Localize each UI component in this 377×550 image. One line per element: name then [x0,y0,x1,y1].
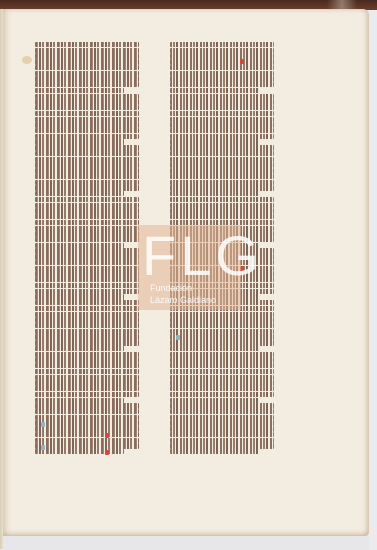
text-line [170,139,259,144]
text-line [35,329,139,334]
text-line [35,71,139,76]
text-line [35,214,139,219]
text-line [35,300,139,305]
text-line [35,231,139,236]
text-line [35,271,139,276]
text-line [35,208,139,213]
text-line [170,392,274,397]
text-line [170,398,259,403]
text-line [35,65,139,70]
text-line [170,317,274,322]
text-line [35,317,139,322]
text-line [170,329,274,334]
text-line [170,111,274,116]
text-line [170,65,274,70]
text-line [35,363,139,368]
text-line [35,323,139,328]
text-line [170,162,274,167]
text-line [35,409,139,414]
text-line [170,105,274,110]
text-line [35,289,139,294]
text-line [170,386,274,391]
text-line [170,443,274,448]
text-line [35,334,139,339]
text-line [35,145,139,150]
text-line [170,151,274,156]
text-line [35,357,139,362]
text-line [170,352,274,357]
text-line [170,357,274,362]
text-line [170,53,274,58]
text-line [170,409,274,414]
text-line [170,59,274,64]
text-line [35,88,124,93]
text-line [35,105,139,110]
text-line [35,306,139,311]
text-line [35,277,139,282]
text-line [170,88,259,93]
text-line [35,420,139,425]
text-line [170,438,274,443]
text-line [170,449,259,454]
text-line [170,191,259,196]
rubric-mark-blue [41,422,45,427]
text-line [35,243,124,248]
text-line [170,420,274,425]
text-line [170,432,274,437]
text-line [170,71,274,76]
text-line [170,363,274,368]
text-line [35,42,139,47]
text-line [170,403,274,408]
text-line [35,449,124,454]
text-line [170,380,274,385]
text-line [35,415,139,420]
text-line [35,432,139,437]
text-line [170,134,274,139]
text-line [170,76,274,81]
text-line [35,53,139,58]
text-line [35,260,139,265]
text-line [35,283,139,288]
text-line [35,76,139,81]
text-line [35,380,139,385]
rubric-mark-red [105,450,109,455]
text-line [170,203,274,208]
text-line [170,426,274,431]
text-column-left [35,42,139,455]
text-line [35,122,139,127]
scan-background [3,536,369,550]
text-line [170,214,274,219]
watermark-line-1: Fundación [150,283,192,293]
text-line [35,82,139,87]
text-line [35,294,124,299]
text-line [170,340,274,345]
text-line [35,94,139,99]
text-line [170,117,274,122]
text-line [35,157,139,162]
text-line [35,403,139,408]
text-line [35,203,139,208]
text-line [35,312,139,317]
text-line [35,197,139,202]
text-line [35,340,139,345]
text-line [170,346,259,351]
text-line [170,122,274,127]
rubric-mark-red [240,59,244,64]
text-line [170,168,274,173]
text-line [35,220,139,225]
text-line [35,180,139,185]
text-line [35,266,139,271]
text-line [170,208,274,213]
rubric-mark-red [105,433,109,438]
text-line [35,59,139,64]
text-line [35,369,139,374]
rubric-mark-blue [41,445,45,450]
text-line [170,94,274,99]
text-line [35,48,139,53]
text-line [35,226,139,231]
text-line [35,151,139,156]
text-line [35,117,139,122]
watermark-logo: FLG [142,228,263,284]
text-line [170,99,274,104]
text-line [35,111,139,116]
text-line [35,134,139,139]
text-line [35,248,139,253]
text-line [170,334,274,339]
text-line [35,99,139,104]
text-line [170,42,274,47]
text-line [35,443,139,448]
text-line [35,352,139,357]
foxing-stain [22,56,32,64]
text-line [170,185,274,190]
text-line [170,174,274,179]
text-line [35,185,139,190]
text-line [35,375,139,380]
text-line [170,369,274,374]
text-line [170,375,274,380]
rubric-mark-blue [176,335,180,340]
text-line [170,323,274,328]
text-line [35,426,139,431]
text-line [35,254,139,259]
text-line [170,312,274,317]
text-line [35,128,139,133]
text-line [170,157,274,162]
text-line [170,180,274,185]
text-line [170,197,274,202]
text-line [35,237,139,242]
text-line [170,48,274,53]
text-line [35,162,139,167]
text-line [35,168,139,173]
text-line [170,415,274,420]
text-line [35,392,139,397]
text-line [35,386,139,391]
text-line [35,346,124,351]
text-line [35,191,124,196]
text-line [170,145,274,150]
text-line [170,128,274,133]
text-line [35,398,124,403]
text-line [35,174,139,179]
text-line [35,438,139,443]
text-line [35,139,124,144]
watermark-line-2: Lázaro Galdiano [150,295,216,305]
text-line [170,82,274,87]
